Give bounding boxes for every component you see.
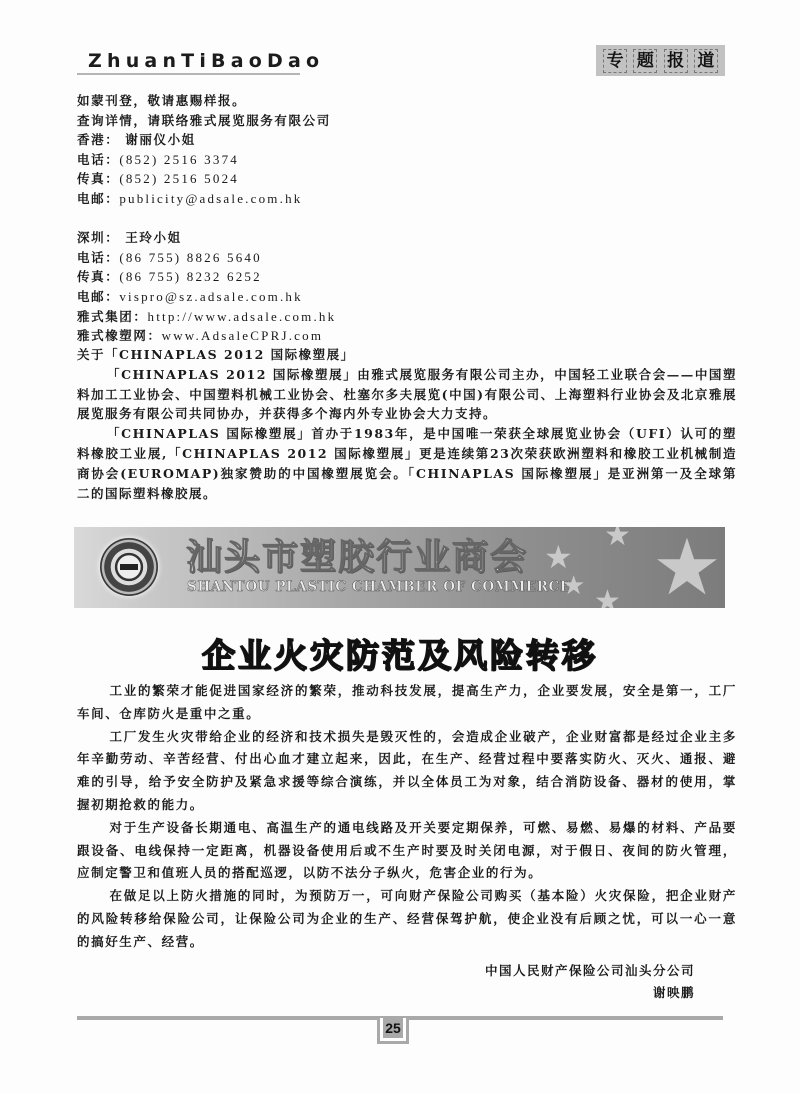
group-site-line: 雅式集团：http://www.adsale.com.hk <box>77 307 737 327</box>
article-paragraph: 工业的繁荣才能促进国家经济的繁荣，推动科技发展，提高生产力，企业要发展，安全是第… <box>77 680 737 726</box>
flag-star-icon: ★ <box>594 587 621 608</box>
group-site-label: 雅式集团： <box>77 309 148 324</box>
sz-fax: (86 755) 8232 6252 <box>119 269 262 284</box>
hk-label: 香港： <box>77 132 119 147</box>
section-badge-char: 专 <box>603 49 627 73</box>
signature-organization: 中国人民财产保险公司汕头分公司 <box>485 960 695 982</box>
hk-contact-person: 香港： 谢丽仪小姐 <box>77 130 737 150</box>
email-label: 电邮： <box>77 191 119 206</box>
sz-label: 深圳： <box>77 230 119 245</box>
sz-phone-line: 电话：(86 755) 8826 5640 <box>77 248 737 268</box>
email-label: 电邮： <box>77 289 119 304</box>
flag-star-icon: ★ <box>562 573 585 599</box>
article-paragraph: 在做足以上防火措施的同时，为预防万一，可向财产保险公司购买（基本险）火灾保险，把… <box>77 885 737 953</box>
rubber-site-label: 雅式橡塑网： <box>77 328 162 343</box>
about-paragraph: 「CHINAPLAS 2012 国际橡塑展」由雅式展览服务有限公司主办，中国轻工… <box>77 365 737 424</box>
group-site-link[interactable]: http://www.adsale.com.hk <box>148 309 337 324</box>
chamber-banner: 汕头市塑胶行业商会 SHANTOU PLASTIC CHAMBER OF COM… <box>74 527 725 608</box>
about-paragraph: 「CHINAPLAS 国际橡塑展」首办于1983年，是中国唯一荣获全球展览业协会… <box>77 424 737 503</box>
about-section: 关于「CHINAPLAS 2012 国际橡塑展」 「CHINAPLAS 2012… <box>77 345 737 503</box>
rubber-site-link[interactable]: www.AdsaleCPRJ.com <box>162 328 324 343</box>
section-badge: 专 题 报 道 <box>596 45 725 76</box>
article-paragraph: 工厂发生火灾带给企业的经济和技术损失是毁灭性的，会造成企业破产，企业财富都是经过… <box>77 726 737 817</box>
article-signature: 中国人民财产保险公司汕头分公司 谢映鹏 <box>485 960 695 1004</box>
flag-star-icon: ★ <box>604 527 631 551</box>
about-heading: 关于「CHINAPLAS 2012 国际橡塑展」 <box>77 345 737 365</box>
phone-label: 电话： <box>77 250 119 265</box>
header-rule <box>77 73 300 75</box>
sz-email[interactable]: vispro@sz.adsale.com.hk <box>119 289 303 304</box>
article-paragraph: 对于生产设备长期通电、高温生产的通电线路及开关要定期保养，可燃、易燃、易爆的材料… <box>77 817 737 885</box>
sz-contact-person: 深圳： 王玲小姐 <box>77 228 737 248</box>
hk-fax-line: 传真：(852) 2516 5024 <box>77 169 737 189</box>
hk-email-line: 电邮：publicity@adsale.com.hk <box>77 189 737 209</box>
contact-intro: 如蒙刊登，敬请惠赐样报。 <box>77 91 737 111</box>
section-badge-char: 题 <box>633 49 657 73</box>
signature-author: 谢映鹏 <box>485 982 695 1004</box>
hk-phone-line: 电话：(852) 2516 3374 <box>77 150 737 170</box>
fax-label: 传真： <box>77 171 119 186</box>
fax-label: 传真： <box>77 269 119 284</box>
section-badge-char: 道 <box>694 49 718 73</box>
sz-phone: (86 755) 8826 5640 <box>119 250 262 265</box>
article-title: 企业火灾防范及风险转移 <box>0 630 800 677</box>
rubber-site-line: 雅式橡塑网：www.AdsaleCPRJ.com <box>77 326 737 346</box>
contact-block: 如蒙刊登，敬请惠赐样报。 查询详情，请联络雅式展览服务有限公司 香港： 谢丽仪小… <box>77 91 737 346</box>
contact-inquiry: 查询详情，请联络雅式展览服务有限公司 <box>77 111 737 131</box>
phone-label: 电话： <box>77 152 119 167</box>
page-number-box: 25 <box>377 1018 409 1044</box>
article-body: 工业的繁荣才能促进国家经济的繁荣，推动科技发展，提高生产力，企业要发展，安全是第… <box>77 680 737 954</box>
flag-star-icon: ★ <box>652 529 722 607</box>
sz-fax-line: 传真：(86 755) 8232 6252 <box>77 267 737 287</box>
chamber-emblem-icon <box>100 538 158 596</box>
flag-star-icon: ★ <box>544 541 573 573</box>
page-number: 25 <box>383 1018 403 1038</box>
banner-cn-name: 汕头市塑胶行业商会 <box>186 535 528 579</box>
hk-email[interactable]: publicity@adsale.com.hk <box>119 191 302 206</box>
spacer <box>77 209 737 229</box>
hk-phone: (852) 2516 3374 <box>119 152 239 167</box>
hk-person: 谢丽仪小姐 <box>125 132 196 147</box>
banner-en-name: SHANTOU PLASTIC CHAMBER OF COMMERCE <box>187 579 571 595</box>
hk-fax: (852) 2516 5024 <box>119 171 239 186</box>
sz-person: 王玲小姐 <box>125 230 181 245</box>
running-head: ZhuanTiBaoDao <box>88 50 324 72</box>
sz-email-line: 电邮：vispro@sz.adsale.com.hk <box>77 287 737 307</box>
section-badge-char: 报 <box>664 49 688 73</box>
